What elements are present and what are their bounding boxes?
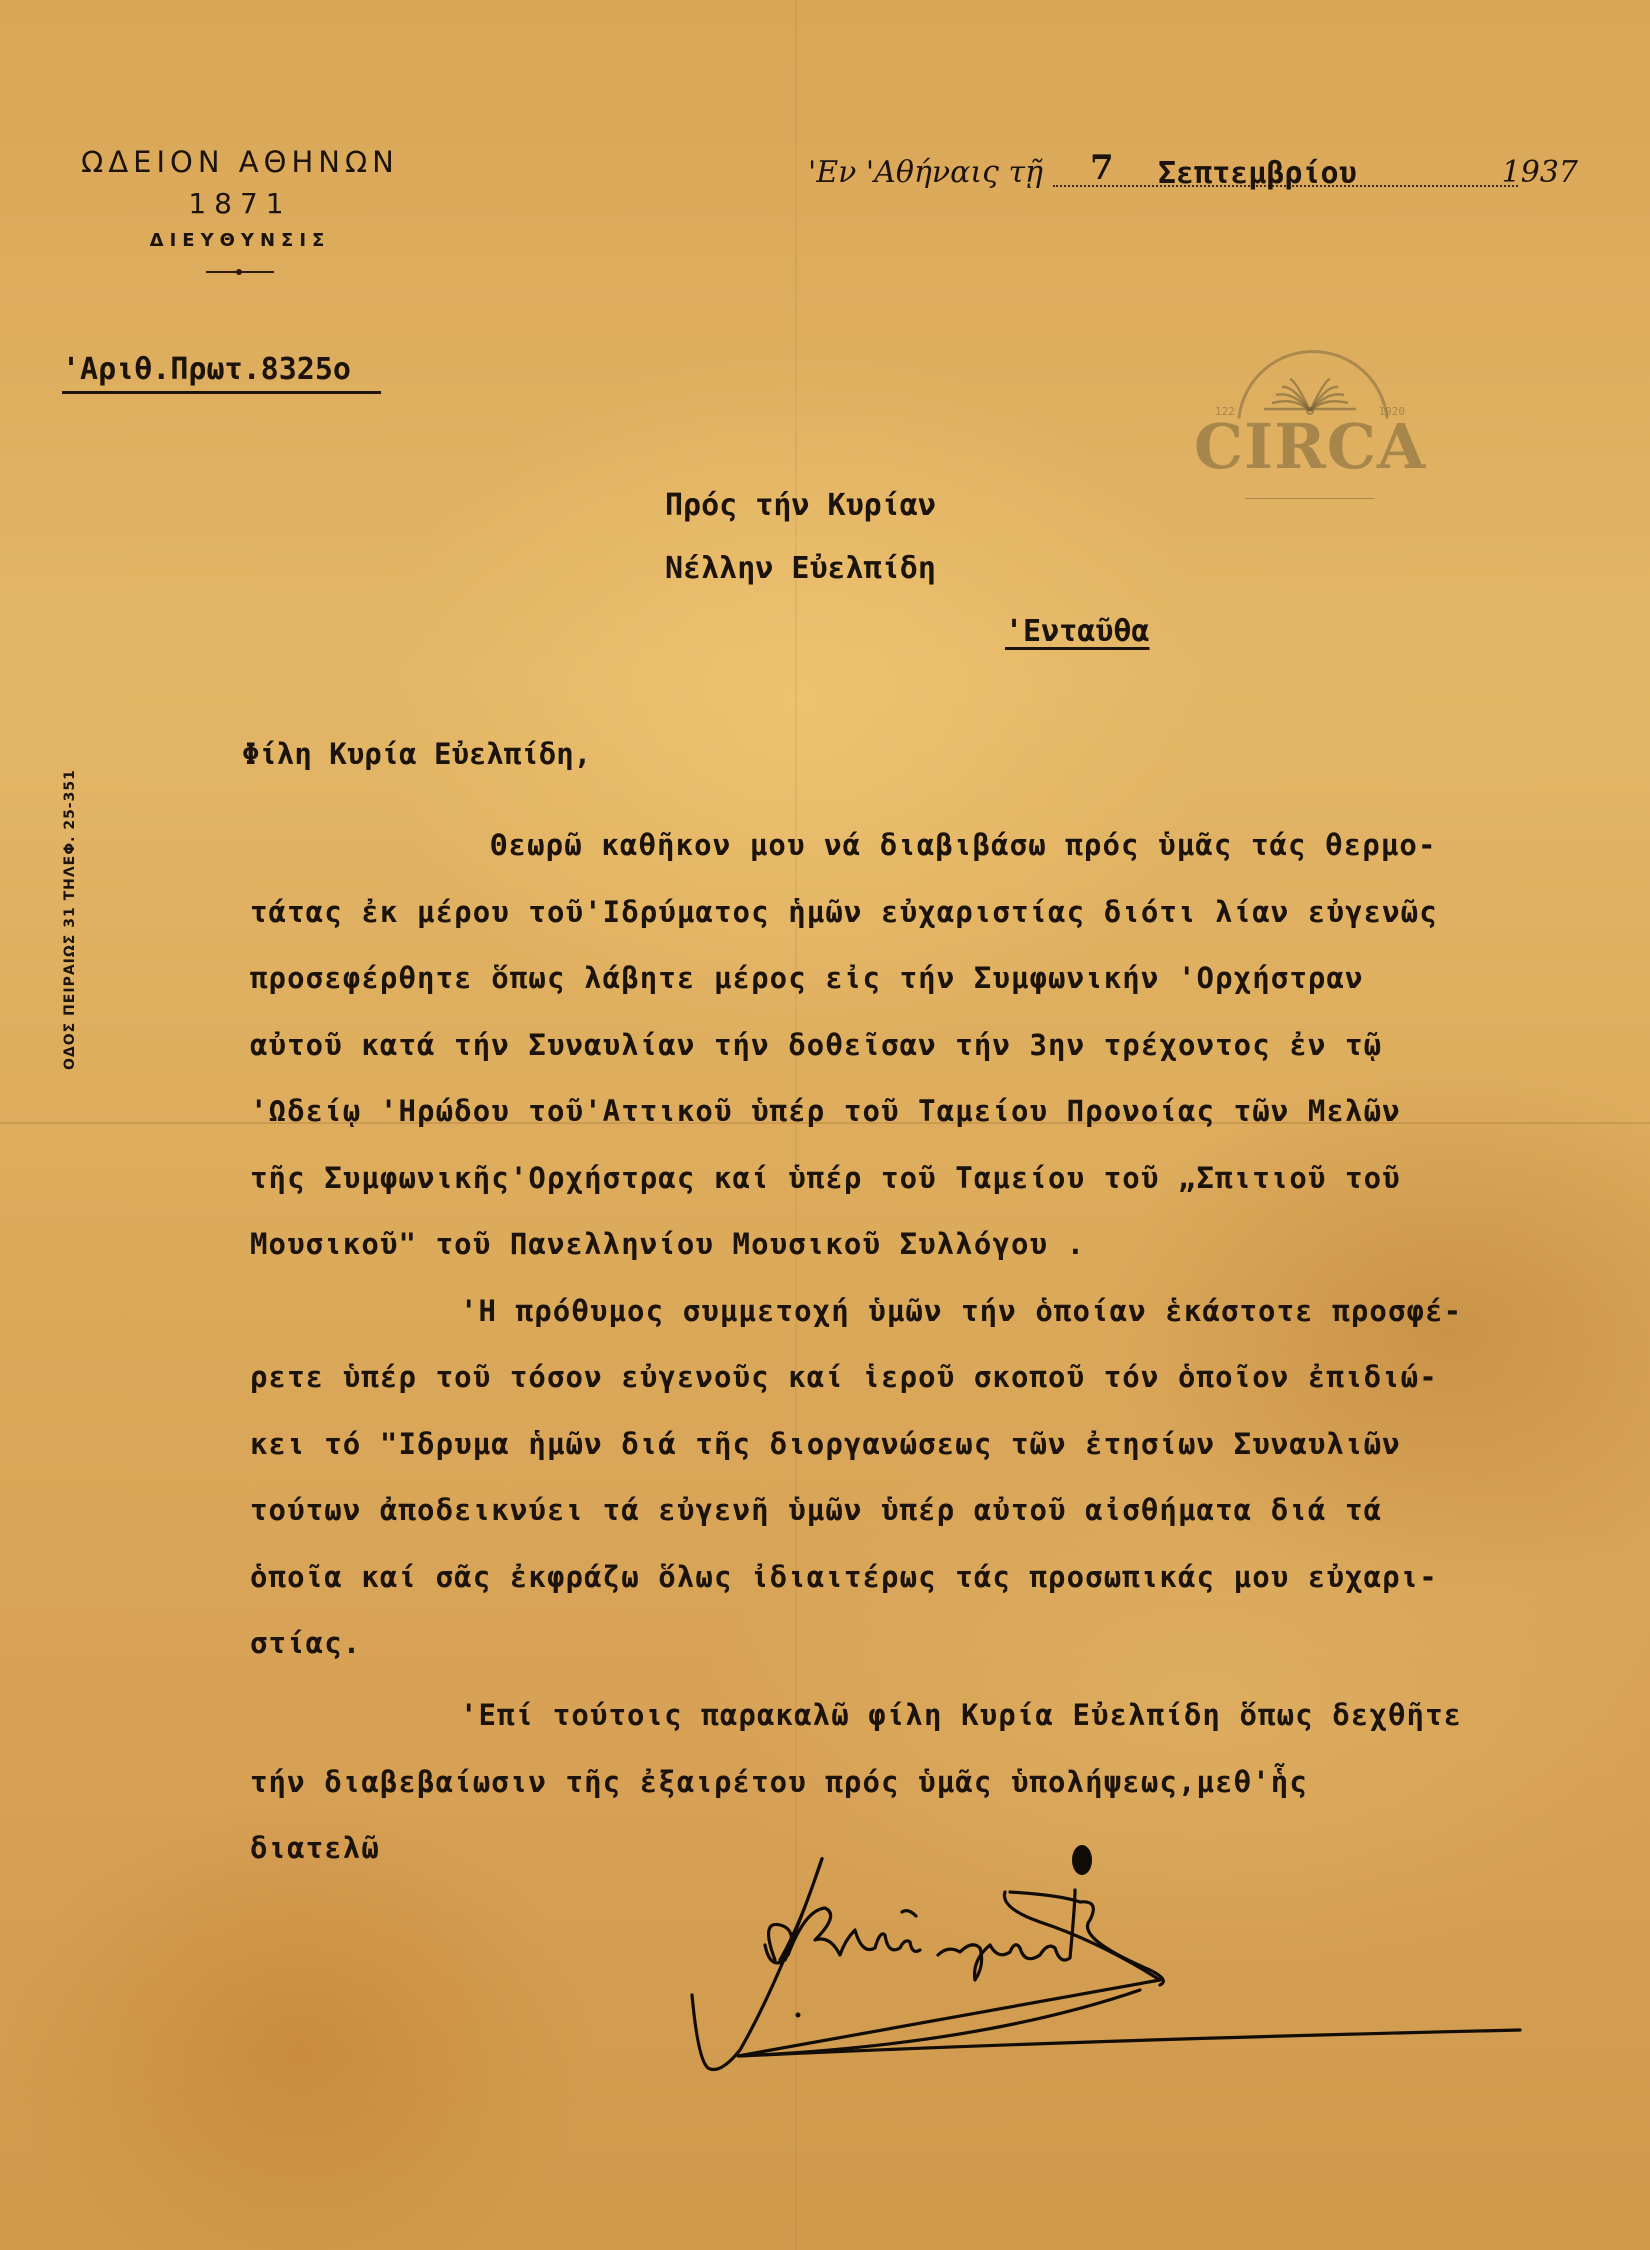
dateline: 'Εν 'Αθήναις τῇ 7 Σεπτεμβρίου 1937 — [808, 150, 1588, 200]
open-book-icon — [1260, 375, 1360, 415]
department-label: ΔΙΕΥΘΥΝΣΙΣ — [70, 230, 410, 251]
date-prefix: 'Εν 'Αθήναις τῇ — [808, 155, 1043, 190]
body-line: Θεωρῶ καθῆκον μου νά διαβιβάσω πρός ὑμᾶς… — [250, 828, 1630, 895]
date-day: 7 — [1090, 148, 1114, 188]
handwritten-signature — [680, 1830, 1580, 2090]
circa-watermark: 122 1920 CIRCA — [1185, 335, 1435, 515]
side-address: ΟΔΟΣ ΠΕΙΡΑΙΩΣ 31 ΤΗΛΕΦ. 25-351 — [62, 769, 78, 1070]
date-year: 1937 — [1502, 155, 1578, 190]
body-line: ὁποῖα καί σᾶς ἐκφράζω ὅλως ἰδιαιτέρως τά… — [250, 1560, 1630, 1627]
founding-year: 1871 — [70, 187, 410, 220]
date-month: Σεπτεμβρίου — [1158, 156, 1357, 191]
ornamental-rule — [206, 271, 274, 273]
watermark-brand: CIRCA — [1185, 410, 1435, 483]
protocol-number: 'Αριθ.Πρωτ.8325ο — [62, 352, 381, 394]
watermark-underline — [1245, 498, 1375, 499]
body-line: προσεφέρθητε ὅπως λάβητε μέρος εἰς τήν Σ… — [250, 961, 1630, 1028]
body-line: 'Η πρόθυμος συμμετοχή ὑμῶν τήν ὁποίαν ἑκ… — [250, 1294, 1630, 1361]
body-line: κει τό "Ιδρυμα ἡμῶν διά τῆς διοργανώσεως… — [250, 1427, 1630, 1494]
letter-body: Θεωρῶ καθῆκον μου νά διαβιβάσω πρός ὑμᾶς… — [250, 828, 1630, 1693]
body-line: 'Ωδείῳ 'Ηρώδου τοῦ'Αττικοῦ ὑπέρ τοῦ Ταμε… — [250, 1094, 1630, 1161]
addressee-location: 'Ενταῦθα — [1005, 614, 1150, 677]
body-line: στίας. — [250, 1626, 1630, 1693]
institution-name: ΩΔΕΙΟΝ ΑΘΗΝΩΝ — [70, 145, 410, 179]
salutation: Φίλη Κυρία Εὐελπίδη, — [242, 737, 591, 771]
body-line: τάτας ἐκ μέρου τοῦ'Ιδρύματος ἡμῶν εὐχαρι… — [250, 895, 1630, 962]
body-line: ρετε ὑπέρ τοῦ τόσον εὐγενοῦς καί ἱεροῦ σ… — [250, 1360, 1630, 1427]
addressee-line-2: Νέλλην Εὐελπίδη — [665, 551, 1150, 614]
body-line: τῆς Συμφωνικῆς'Ορχήστρας καί ὑπέρ τοῦ Τα… — [250, 1161, 1630, 1228]
body-line: τούτων ἀποδεικνύει τά εὐγενῆ ὑμῶν ὑπέρ α… — [250, 1493, 1630, 1560]
addressee-block: Πρός τήν Κυρίαν Νέλλην Εὐελπίδη 'Ενταῦθα — [665, 488, 1150, 677]
letterhead: ΩΔΕΙΟΝ ΑΘΗΝΩΝ 1871 ΔΙΕΥΘΥΝΣΙΣ — [70, 145, 410, 273]
closing-line: 'Επί τούτοις παρακαλῶ φίλη Κυρία Εὐελπίδ… — [250, 1698, 1462, 1765]
addressee-line-1: Πρός τήν Κυρίαν — [665, 488, 1150, 551]
body-line: αὐτοῦ κατά τήν Συναυλίαν τήν δοθεῖσαν τή… — [250, 1028, 1630, 1095]
closing-line: τήν διαβεβαίωσιν τῆς ἐξαιρέτου πρός ὑμᾶς… — [250, 1765, 1462, 1832]
body-line: Μουσικοῦ" τοῦ Πανελληνίου Μουσικοῦ Συλλό… — [250, 1227, 1630, 1294]
